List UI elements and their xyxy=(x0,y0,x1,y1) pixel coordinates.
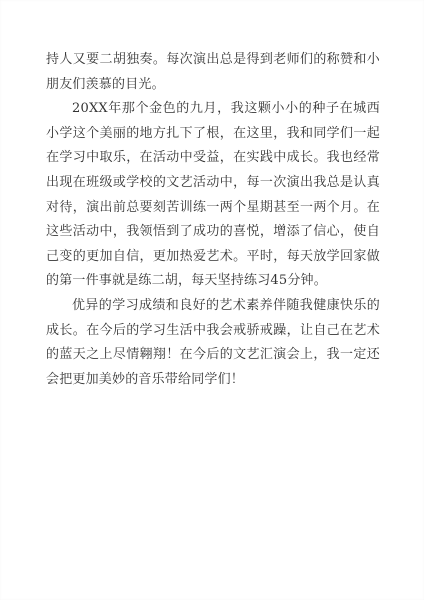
paragraph-closing: 优异的学习成绩和良好的艺术素养伴随我健康快乐的成长。在今后的学习生活中我会戒骄戒… xyxy=(46,294,380,392)
paragraph-continuation: 持人又要二胡独奏。每次演出总是得到老师们的称赞和小朋友们羡慕的目光。 xyxy=(46,48,380,97)
document-page: 持人又要二胡独奏。每次演出总是得到老师们的称赞和小朋友们羡慕的目光。 20XX年… xyxy=(0,0,424,600)
document-body-text: 持人又要二胡独奏。每次演出总是得到老师们的称赞和小朋友们羡慕的目光。 20XX年… xyxy=(46,48,380,392)
paragraph-school-activities: 20XX年那个金色的九月，我这颗小小的种子在城西小学这个美丽的地方扎下了根，在这… xyxy=(46,97,380,294)
